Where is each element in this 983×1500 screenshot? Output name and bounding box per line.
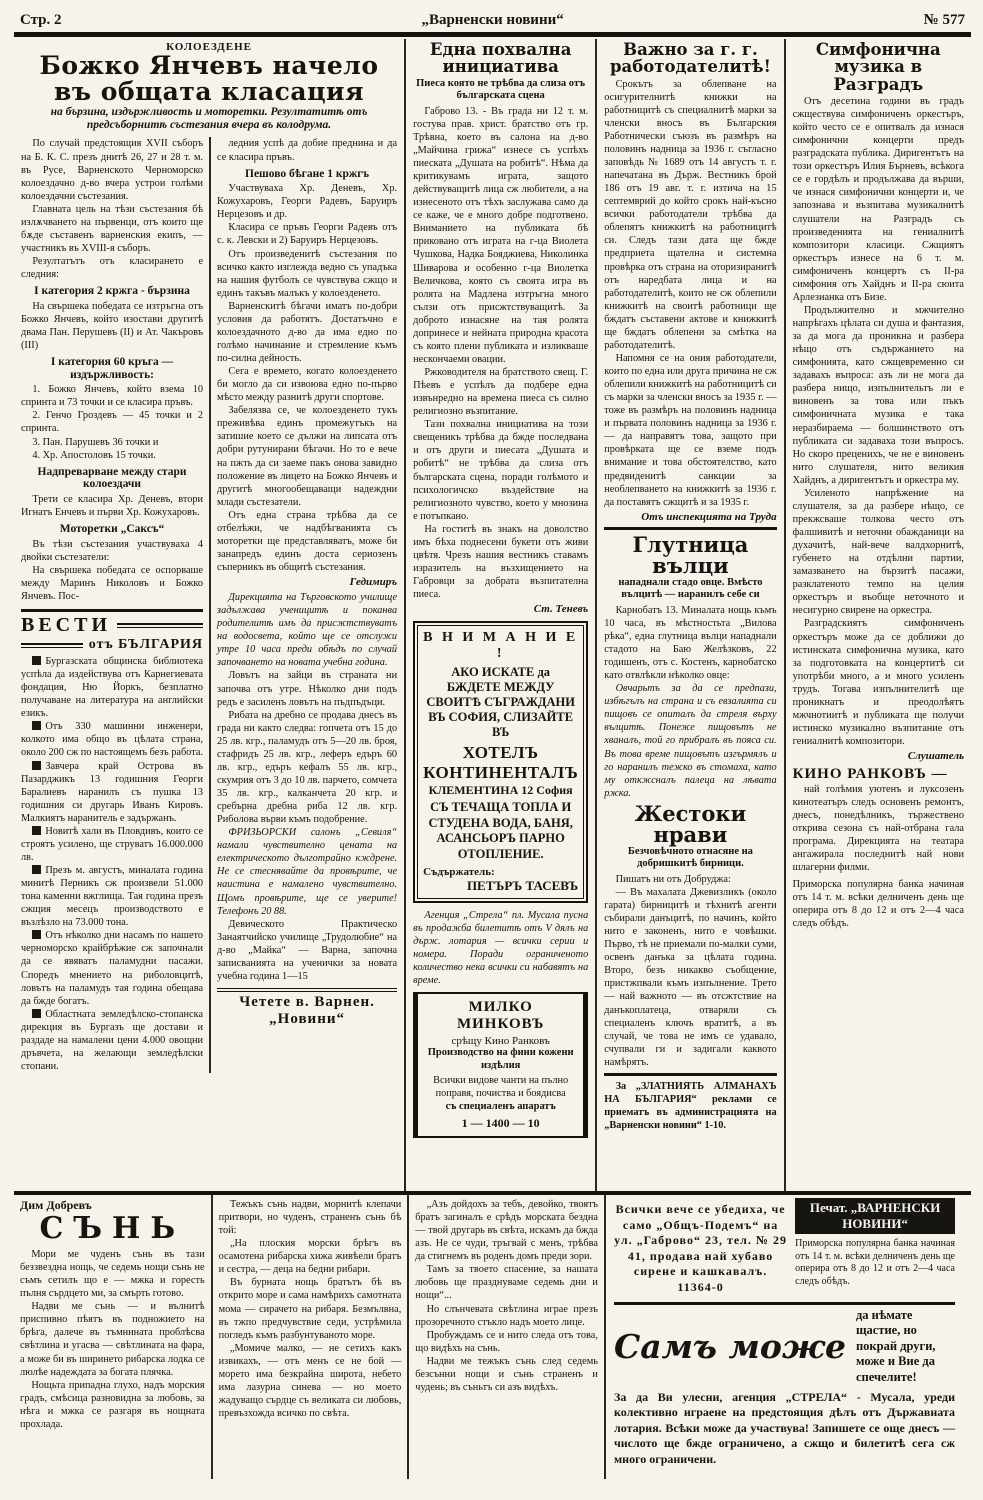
paragraph: Напомня се на ония работодатели, които п… [604,352,776,509]
podem-ad-text: Всички вече се убедиха, че само „Общъ-По… [614,1202,787,1278]
wolves-dek: нападнали стадо овце. Вмѣсто вълцитѣ — н… [604,577,776,601]
news-item-text: Бургазската общинска библиотека успѣла д… [21,656,203,719]
column-symphony: Симфонична музика в Разградъ Отъ десетин… [784,39,971,1191]
news-bullet-icon [32,1009,41,1018]
news-bullet-icon [32,826,41,835]
kino-rankov-headline: КИНО РАНКОВЪ — [793,766,964,783]
story-col-1: Дим Добревъ СЪНЬ Мори ме чуденъ сънь въ … [14,1195,211,1479]
kino-rankov-body: най голѣмия уютенъ и луксозенъ кинотеатъ… [793,783,964,874]
symphony-byline: Слушатель [793,750,964,762]
notice-devichesko: Девическото Практическо Занаятчийско учи… [217,918,397,983]
result-line: 1. Божко Янчевъ, който взема 10 спринта … [21,383,203,409]
paragraph: Отъ произведенитѣ състезания по всичко к… [217,248,397,300]
velo-sub-veterans: Надпреварване между стари колоездачи [21,466,203,491]
velo-col-1: По случай предстоящия XVII съборъ на Б. … [21,137,209,1073]
vesti-subtitle: отъ БЪЛГАРИЯ [89,637,203,653]
paragraph: Мори ме чуденъ сънь въ тази беззвездна н… [20,1248,205,1300]
main-columns: КОЛОЕЗДЕНЕ Божко Янчевъ начело въ общата… [14,39,971,1191]
notice-riba: Рибата на дребно се продава днесъ въ гра… [217,709,397,827]
vesti-rule [21,643,83,648]
news-item: Бургазската общинска библиотека успѣла д… [21,655,203,720]
column-velo: КОЛОЕЗДЕНЕ Божко Янчевъ начело въ общата… [14,39,404,1191]
bottom-zone: Дим Добревъ СЪНЬ Мори ме чуденъ сънь въ … [14,1191,971,1479]
page-header: Стр. 2 „Варненски новини“ № 577 [14,8,971,32]
theater-dek: Пиеса която не трѣбва да слиза отъ бълга… [413,78,588,102]
hotel-owner-label: Съдържатель: [423,866,578,878]
news-item-text: Презъ м. августъ, миналата година минитѣ… [21,865,203,928]
paragraph: Участвуваха Хр. Деневъ, Хр. Кожухаровъ, … [217,182,397,221]
column-employers: Важно за г. г. работодателитѣ! Срокътъ з… [595,39,783,1191]
paragraph: Габрово 13. - Въ града ни 12 т. м. госту… [413,105,588,366]
paragraph: Въ тѣзи състезания участвуваха 4 двойки … [21,538,203,564]
paragraph: На свършека победата се изтръгна отъ Бож… [21,300,203,352]
lottery-ad-slogan: да нѣмате щастие, но покрай други, може … [856,1308,955,1386]
paragraph: Отъ десетина години въ градъ сжществува … [793,95,964,304]
paragraph: „На плоския морски брѣгъ въ осамотена ри… [219,1237,402,1276]
primorska-note: Приморска популярна банка начиная отъ 14… [795,1238,955,1288]
vesti-rule [117,623,203,628]
cruel-dek: Безчовѣчното отнасяне на добришкитѣ бирн… [604,846,776,870]
paragraph: Резултатътъ отъ класирането е следния: [21,255,203,281]
paragraph: Отъ една страна трѣбва да се отбелѣжи, ч… [217,509,397,574]
velo-two-columns: По случай предстоящия XVII съборъ на Б. … [21,137,397,1073]
result-line: 4. Хр. Апостоловъ 15 точки. [21,449,203,462]
paragraph: ледния успѣ да добие преднина и да се кл… [217,137,397,163]
paragraph: Трети се класира Хр. Денeвъ, втори Игнат… [21,493,203,519]
imprint-block: Печат. „ВАРНЕНСКИ НОВИНИ“ Приморска попу… [795,1198,955,1296]
paragraph: По случай предстоящия XVII съборъ на Б. … [21,137,203,202]
theater-headline: Една похвална инициатива [413,41,588,76]
velo-sub-endurance: I категория 60 кръга — издържливость: [21,356,203,381]
paragraph: Тамъ за твоето спасение, за нашата любов… [415,1263,598,1302]
notice-direkcia: Дирекцията на Търговското училище задълж… [217,591,397,669]
paragraph: Нощьта припадна глухо, надъ морския град… [20,1379,205,1431]
issue-number: № 577 [924,12,965,29]
podem-ad: Всички вече се убедиха, че само „Общъ-По… [614,1198,787,1296]
paragraph: Тази похвална инициатива на този свещени… [413,418,588,523]
lottery-ad-script-title: Самъ може [614,1327,846,1366]
velo-dek: на бързина, издържливость и моторетки. Р… [21,106,397,132]
theater-byline: Ст. Теневъ [413,603,588,615]
ad-copy: АКО ИСКАТЕ да БЖДЕТЕ МЕЖДУ СВОИТѢ СЪГРАЖ… [423,665,578,740]
news-item: Областната земледѣлско-стопанска дирекци… [21,1008,203,1073]
paragraph: Забелязва се, че колоезденето тукъ прежи… [217,404,397,509]
wolves-headline: Глутница вълци [604,534,776,576]
story-col-3: „Азъ дойдохъ за тебъ, девойко, твоятъ бр… [407,1195,604,1479]
story-title: СЪНЬ [20,1214,205,1244]
lottery-ad-body: За да Ви улесни, агенция „СТРЕЛА“ - Муса… [614,1390,955,1468]
paragraph: Разградскиятъ симфониченъ оркестъръ може… [793,617,964,748]
result-line: 3. Пан. Парушевъ 36 точки и [21,436,203,449]
paragraph: Пробуждамъ се и нито следа отъ това, що … [415,1329,598,1355]
hotel-owner: ПЕТЪРЪ ТАСЕВЪ [423,878,578,894]
header-rule [14,32,971,37]
notice-frizior: ФРИЗЬОРСКИ салонъ „Севиля“ намали чувств… [217,826,397,917]
paragraph: Ржководителя на братството свещ. Г. Пѣев… [413,366,588,418]
hotel-features: СЪ ТЕЧАЩА ТОПЛА И СТУДЕНА ВОДА, БАНЯ, АС… [423,800,578,863]
paragraph: Надви ме тежъкъ сънь след седемь безсънн… [415,1355,598,1394]
paragraph: Пишатъ ни отъ Добруджа: [604,873,776,886]
news-item-text: Областната земледѣлско-стопанска дирекци… [21,1009,203,1072]
paragraph: Овчарьтъ за да се предпази, избѣгълъ на … [604,682,776,800]
news-bullet-icon [32,761,41,770]
news-item-text: Завчера край Острова въ Пазарджикъ 13 го… [21,761,203,824]
news-item-text: Отъ нѣколко дни насамъ по нашето черномо… [21,930,203,1006]
paragraph: Главната цель на тѣзи състезания бѣ излѫ… [21,203,203,255]
newspaper-page: Стр. 2 „Варненски новини“ № 577 КОЛОЕЗДЕ… [0,0,983,1500]
result-line: 2. Генчо Гроздевъ — 45 точки и 2 спринта… [21,409,203,435]
paragraph: Карнобатъ 13. Миналата нощь къмъ 10 часа… [604,604,776,682]
masthead: „Варненски новини“ [421,12,563,29]
paragraph: „Азъ дойдохъ за тебъ, девойко, твоятъ бр… [415,1198,598,1263]
paragraph: Надви ме сънь — и вълнитѣ приспивно пѣят… [20,1300,205,1378]
ad-attention-line: В Н И М А Н И Е ! [423,630,578,662]
bottom-right-ads: Всички вече се убедиха, че само „Общъ-По… [604,1195,959,1479]
news-item: Отъ нѣколко дни насамъ по нашето черномо… [21,929,203,1007]
news-bullet-icon [32,656,41,665]
minkov-address: срѣщу Кино Ранковъ [424,1035,577,1047]
paragraph: — Въ махалата Джевизликъ (около гарата) … [604,886,776,1069]
paragraph: На свършека победата се оспорваше между … [21,564,203,603]
velo-byline: Гедимиръ [217,576,397,588]
notice-lov: Ловътъ на зайци въ страната ни започва о… [217,669,397,708]
employers-byline: Отъ инспекцията на Труда [604,511,776,523]
cruel-headline: Жестоки нрави [604,803,776,845]
paragraph: Тежъкъ сънь надви, морнитѣ клепачи притв… [219,1198,402,1237]
minkov-name: МИЛКО МИНКОВЪ [424,999,577,1033]
paragraph: Класира се пръвъ Георги Радевъ отъ с. к.… [217,221,397,247]
minkov-services: Всички видове чанти на пълно поправя, по… [424,1075,577,1101]
minkov-trade: Производство на фини кожени издѣлия [424,1047,577,1072]
news-item: Отъ 330 машинни инженери, колкото има об… [21,720,203,759]
strela-notice: Агенция „Стрела“ пл. Мусала пусна въ про… [413,909,588,987]
velo-col-2: ледния успѣ да добие преднина и да се кл… [209,137,397,1073]
minkov-ad: МИЛКО МИНКОВЪ срѣщу Кино Ранковъ Произво… [413,992,588,1138]
velo-sub-moto: Моторетки „Саксъ“ [21,523,203,536]
paragraph: Но слънчевата свѣтлина играе презъ прозо… [415,1303,598,1329]
podem-ad-code: 11364-0 [614,1280,787,1296]
story-col-2: Тежъкъ сънь надви, морнитѣ клепачи притв… [211,1195,408,1479]
news-item-text: Отъ 330 машинни инженери, колкото има об… [21,721,203,758]
velo-headline: Божко Янчевъ начело въ общата класация [21,53,397,104]
story-columns: Дим Добревъ СЪНЬ Мори ме чуденъ сънь въ … [14,1195,604,1479]
vesti-title: ВЕСТИ [21,614,111,637]
hotel-continental-ad: В Н И М А Н И Е ! АКО ИСКАТЕ да БЖДЕТЕ М… [413,621,588,903]
almanac-notice: За „ЗЛАТНИЯТЬ АЛМАНАХЪ НА БЪЛГАРИЯ“ рекл… [604,1080,776,1132]
imprint-line: Печат. „ВАРНЕНСКИ НОВИНИ“ [795,1198,955,1234]
page-number: Стр. 2 [20,12,62,29]
paragraph: Варненскитѣ бѣгачи иматъ по-добри услови… [217,300,397,365]
news-item: Завчера край Острова въ Пазарджикъ 13 го… [21,760,203,825]
section-divider [604,1073,776,1076]
minkov-device: съ специаленъ апаратъ [424,1101,577,1114]
news-bullet-icon [32,930,41,939]
paragraph: Продължително и мжчително напрѣгахъ цѣла… [793,304,964,487]
symphony-headline: Симфонична музика в Разградъ [793,41,964,93]
velo-sub-foot: Пешово бѣгане 1 кржгъ [217,168,397,181]
news-item: Презъ м. августъ, миналата година минитѣ… [21,864,203,929]
paragraph: Усиленото напрѣжение на слушателя, за да… [793,487,964,618]
news-item: Новитѣ хали въ Пловдивъ, които се строят… [21,825,203,864]
hotel-name: ХОТЕЛЪ КОНТИНЕНТАЛЪ [423,743,578,783]
section-divider [604,527,776,530]
read-newspaper-banner: Четете в. Варнен. „Новини“ [217,988,397,1028]
column-theater: Една похвална инициатива Пиеса която не … [404,39,595,1191]
hotel-address: КЛЕМЕНТИНА 12 София [423,783,578,798]
velo-sub-sprint: I категория 2 кржга - бързина [21,285,203,298]
paragraph: На гоститѣ въ знакъ на доволство имъ бѣх… [413,523,588,601]
paragraph: Въ бурната нощь братътъ бѣ въ открито мо… [219,1276,402,1341]
paragraph: Срокътъ за облепване на осигурителнитѣ к… [604,78,776,352]
employers-headline: Важно за г. г. работодателитѣ! [604,41,776,76]
paragraph: Сега е времето, когато колоезденето би м… [217,365,397,404]
primorska-bank-notice: Приморска популярна банка начиная отъ 14… [793,878,964,930]
lottery-ad: Самъ може да нѣмате щастие, но покрай др… [614,1302,955,1468]
minkov-code: 1 — 1400 — 10 [424,1116,577,1131]
paragraph: „Момиче малко, — не сетихъ какъ извикахъ… [219,1342,402,1420]
news-bullet-icon [32,721,41,730]
news-bullet-icon [32,865,41,874]
vesti-section-header: ВЕСТИ отъ БЪЛГАРИЯ [21,609,203,653]
news-item-text: Новитѣ хали въ Пловдивъ, които се строят… [21,826,203,863]
